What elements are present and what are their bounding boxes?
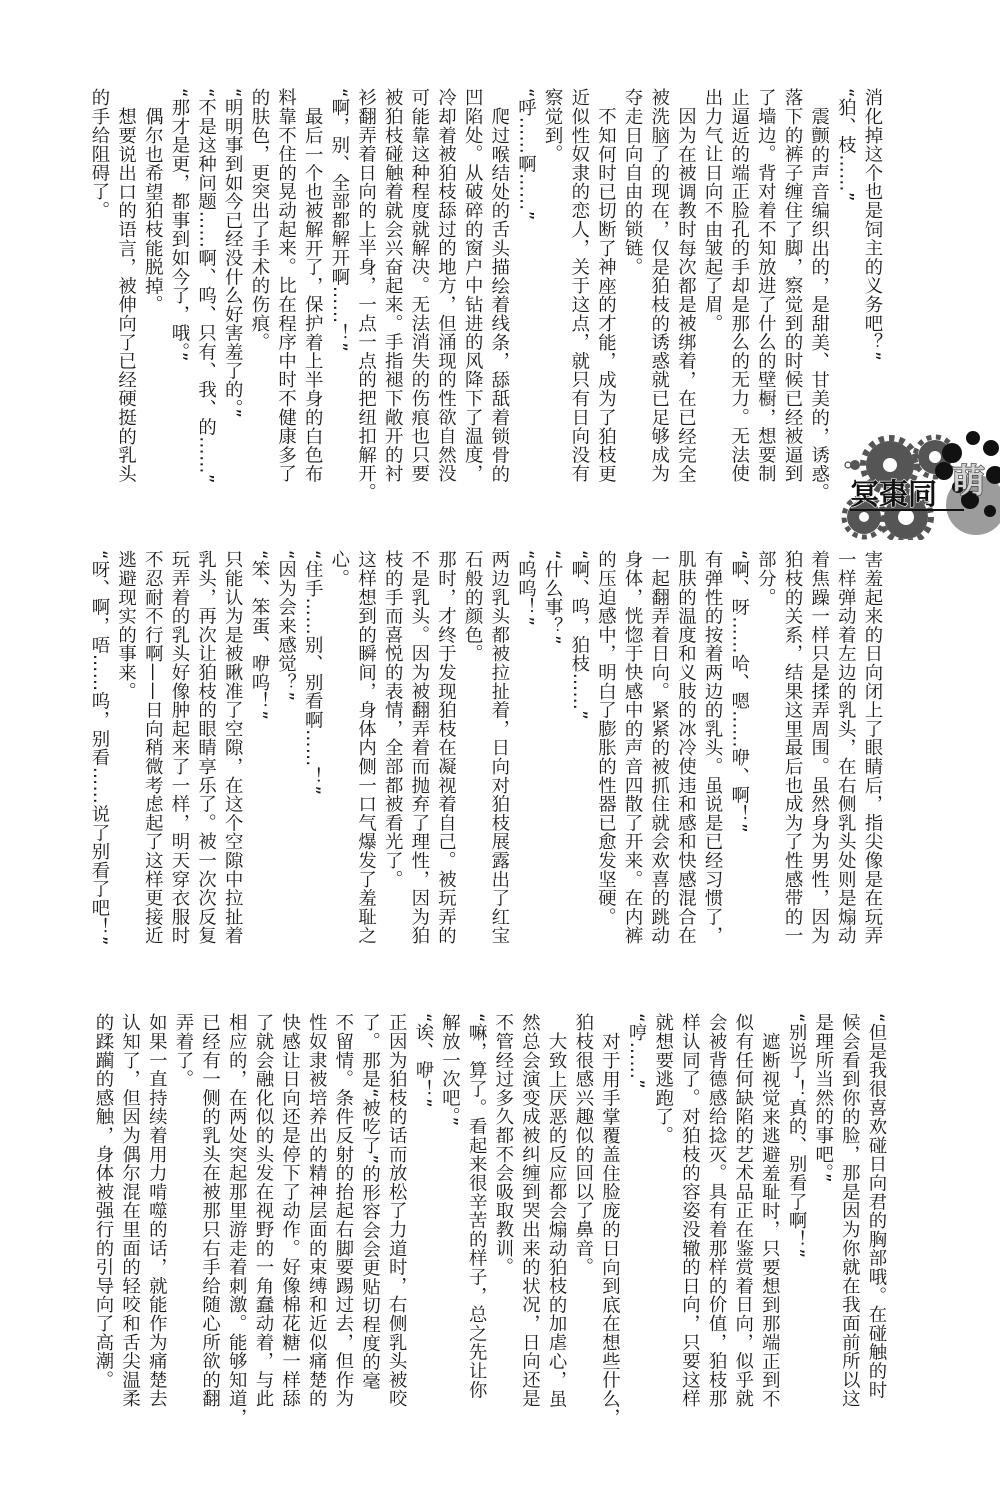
logo-accent-char: 萌	[952, 461, 985, 500]
text-column: 料靠不住的晃动起来。比在程序中时不健康多了	[272, 88, 299, 502]
dialogue-column: “因为会来感觉？”	[272, 550, 299, 946]
text-column: 石般的颜色。	[459, 550, 486, 946]
text-column: 狛枝的关系，结果这里最后也成为了性感带的一	[778, 550, 805, 946]
dialogue-column: “啊、呀……哈、嗯……咿、啊！”	[725, 550, 752, 946]
text-column: 部分。	[752, 550, 779, 946]
text-column: 的肤色，更突出了手术的伤痕。	[245, 88, 272, 502]
text-column: 是理所当然的事吧。”	[809, 1013, 836, 1427]
text-column: 着焦躁一样只是揉弄周围。虽然身为男性，因为	[805, 550, 832, 946]
novel-page: 消化掉这个也是饲主的义务吧？” “狛、枝……” 震颤的声音编织出的，是甜美、甘美…	[0, 0, 1000, 1511]
text-column: 衫翻弄着日向的上半身，一点一点的把纽扣解开。	[352, 88, 379, 502]
text-column: 被狛枝碰触着就会兴奋起来。手指褪下敞开的衬	[379, 88, 406, 502]
text-column: 凹陷处。从破碎的窗户中钻进的风降下了温度，	[459, 88, 486, 502]
dialogue-column: “什么事？”	[538, 550, 565, 946]
dialogue-column: “呜呜！”	[512, 550, 539, 946]
text-column: 认知了，但因为偶尔混在里面的轻咬和舌尖温柔	[116, 1013, 143, 1427]
text-column: 快感让日向还是停下了动作。好像棉花糖一样舔	[276, 1013, 303, 1427]
text-column: 解放一次吧。”	[436, 1013, 463, 1427]
text-column: 相应的，在两处突起那里游走着刺激。能够知道，	[223, 1013, 250, 1427]
dialogue-column: “啊、呜，狛枝……”	[565, 550, 592, 946]
paragraph-start-column: 震颤的声音编织出的，是甜美、甘美的，诱惑。	[805, 88, 832, 502]
text-column: 会被背德感给捻灭。具有着那样的价值，狛枝那	[702, 1013, 729, 1427]
text-column: 性奴隶被培养出的精神层面的束缚和近似痛楚的	[303, 1013, 330, 1427]
text-column: 不是乳头。因为被翻弄着而抛弃了理性，因为狛	[405, 550, 432, 946]
paragraph-start-column: 偶尔也希望狛枝能脱掉。	[139, 88, 166, 502]
text-column: 似有任何缺陷的艺术品正在鉴赏着日向，似乎就	[729, 1013, 756, 1427]
dialogue-column: “明明事到如今已经没什么好害羞了的。”	[219, 88, 246, 502]
text-column: 察觉到。	[538, 88, 565, 502]
text-column: 的蹂躏的感触，身体被强行的引导向了高潮。	[89, 1013, 116, 1427]
dialogue-column: “呼……啊……”	[512, 88, 539, 502]
text-column: 了墙边。背对着不知放进了什么的壁橱，想要制	[752, 88, 779, 502]
text-column: 逃避现实的事来。	[112, 550, 139, 946]
text-column: 不留情。条件反射的抬起右脚要踢过去，但作为	[329, 1013, 356, 1427]
text-column: 害羞起来的日向闭上了眼睛后，指尖像是在玩弄	[858, 550, 885, 946]
text-column: 这样想到的瞬间，身体内侧一口气爆发了羞耻之	[352, 550, 379, 946]
text-column: 夺走日向自由的锁链。	[618, 88, 645, 502]
text-column: 已经有一侧的乳头在被那只右手给随心所欲的翻	[196, 1013, 223, 1427]
text-column: 那时，才终于发现狛枝在凝视着自己。被玩弄的	[432, 550, 459, 946]
dialogue-column: “笨、笨蛋、咿呜！”	[245, 550, 272, 946]
text-column: 近似性奴隶的恋人，关于这点，就只有日向没有	[565, 88, 592, 502]
text-column: 弄着了。	[169, 1013, 196, 1427]
paragraph-start-column: 因为在被调教时每次都是被绑着，在已经完全	[672, 88, 699, 502]
dialogue-column: “呀、啊，唔……呜，别看……说了别看了吧！”	[85, 550, 112, 946]
paragraph-start-column: 不知何时已切断了神座的才能，成为了狛枝更	[592, 88, 619, 502]
text-column: 玩弄着的乳头好像肿起来了一样，明天穿衣服时	[165, 550, 192, 946]
text-column: 然总会演变成被纠缠到哭出来的状况，日向还是	[516, 1013, 543, 1427]
text-column: 一起翻弄着日向。紧紧的被抓住就会欢喜的跳动	[645, 550, 672, 946]
text-column: 身体，恍惚于快感中的声音四散了开来。在内裤	[618, 550, 645, 946]
text-column: 肌肤的温度和义肢的冰冷使违和感和快感混合在	[672, 550, 699, 946]
paragraph-start-column: 爬过喉结处的舌头描绘着线条，舔舐着锁骨的	[485, 88, 512, 502]
text-column: 狛枝很感兴趣似的回以了鼻音。	[569, 1013, 596, 1427]
text-column: 冷却着被狛枝舔过的地方，但涌现的性欲自然没	[432, 88, 459, 502]
text-column: 了。那是“被吃了”的形容会会更贴切程度的毫	[356, 1013, 383, 1427]
logo-title: 冥棗同	[850, 477, 937, 511]
text-block-bottom: “但是我很喜欢碰日向君的胸部哦。在碰触的时 候会看到你的脸，那是因为你就在我面前…	[89, 1013, 889, 1427]
text-column: 不管经过多久都不会吸取教训。	[489, 1013, 516, 1427]
dialogue-column: “嘛，算了。看起来很辛苦的样子，总之先让你	[463, 1013, 490, 1427]
text-column: 候会看到你的脸，那是因为你就在我面前所以这	[836, 1013, 863, 1427]
text-column: 枝的手而喜悦的表情，全部都被看光了。	[379, 550, 406, 946]
text-column: 样认同了。对狛枝的容姿没辙的日向，只要这样	[676, 1013, 703, 1427]
text-block-top: 消化掉这个也是饲主的义务吧？” “狛、枝……” 震颤的声音编织出的，是甜美、甘美…	[85, 88, 885, 502]
text-column: 就想要逃跑了。	[649, 1013, 676, 1427]
group-logo: 冥棗同 萌	[840, 405, 1000, 540]
text-column: 如果一直持续着用力啃噬的话，就能作为痛楚去	[143, 1013, 170, 1427]
text-column: 乳头，再次让狛枝的眼睛享乐了。被一次次反复	[192, 550, 219, 946]
paragraph-start-column: 想要说出口的语言，被伸向了已经硬挺的乳头	[112, 88, 139, 502]
text-column: 有弹性的按着两边的乳头。虽说是已经习惯了，	[698, 550, 725, 946]
dialogue-column: “但是我很喜欢碰日向君的胸部哦。在碰触的时	[862, 1013, 889, 1427]
dialogue-column: “住手……别、别看啊……！”	[299, 550, 326, 946]
gear-logo-icon: 冥棗同 萌	[840, 405, 1000, 540]
paragraph-start-column: 最后一个也被解开了，保护着上半身的白色布	[299, 88, 326, 502]
text-column: 落下的裤子缠住了脚，察觉到的时候已经被逼到	[778, 88, 805, 502]
text-column: 了就会融化似的头发在视野的一角蠢动着，与此	[249, 1013, 276, 1427]
text-column: 被洗脑了的现在，仅是狛枝的诱惑就已足够成为	[645, 88, 672, 502]
dialogue-column: “哼……”	[622, 1013, 649, 1427]
dialogue-column: “啊，别、全部都解开啊……！”	[325, 88, 352, 502]
text-column: 两边乳头都被拉扯着，日向对狛枝展露出了红宝	[485, 550, 512, 946]
text-column: 一样弹动着左边的乳头，在右侧乳头处则是煽动	[832, 550, 859, 946]
text-column: 只能认为是被瞅准了空隙，在这个空隙中拉扯着	[219, 550, 246, 946]
text-column: 正因为狛枝的话而放松了力道时，右侧乳头被咬	[383, 1013, 410, 1427]
paragraph-start-column: 大致上厌恶的反应都会煽动狛枝的加虐心，虽	[542, 1013, 569, 1427]
dialogue-column: “那才是更，都事到如今了，哦。”	[165, 88, 192, 502]
text-column: 可能靠这种程度就解决。无法消失的伤痕也只要	[405, 88, 432, 502]
text-column: 心。	[325, 550, 352, 946]
paragraph-start-column: 遮断视觉来逃避羞耻时，只要想到那端正到不	[756, 1013, 783, 1427]
text-column: 止逼近的端正脸孔的手却是那么的无力。无法使	[725, 88, 752, 502]
dialogue-column: “别说了！真的、别看了啊！”	[782, 1013, 809, 1427]
text-column: 不忍耐不行啊——日向稍微考虑起了这样更接近	[139, 550, 166, 946]
dialogue-column: “诶、咿！”	[409, 1013, 436, 1427]
dialogue-column: “不是这种问题……啊、呜、只有、我、的……”	[192, 88, 219, 502]
text-block-middle: 害羞起来的日向闭上了眼睛后，指尖像是在玩弄 一样弹动着左边的乳头，在右侧乳头处则…	[85, 550, 885, 946]
text-column: 的压迫感中，明白了膨胀的性器已愈发坚硬。	[592, 550, 619, 946]
paragraph-start-column: 对于用手掌覆盖住脸庞的日向到底在想些什么，	[596, 1013, 623, 1427]
text-column: 出力气让日向不由皱起了眉。	[698, 88, 725, 502]
text-column: 的手给阻碍了。	[85, 88, 112, 502]
